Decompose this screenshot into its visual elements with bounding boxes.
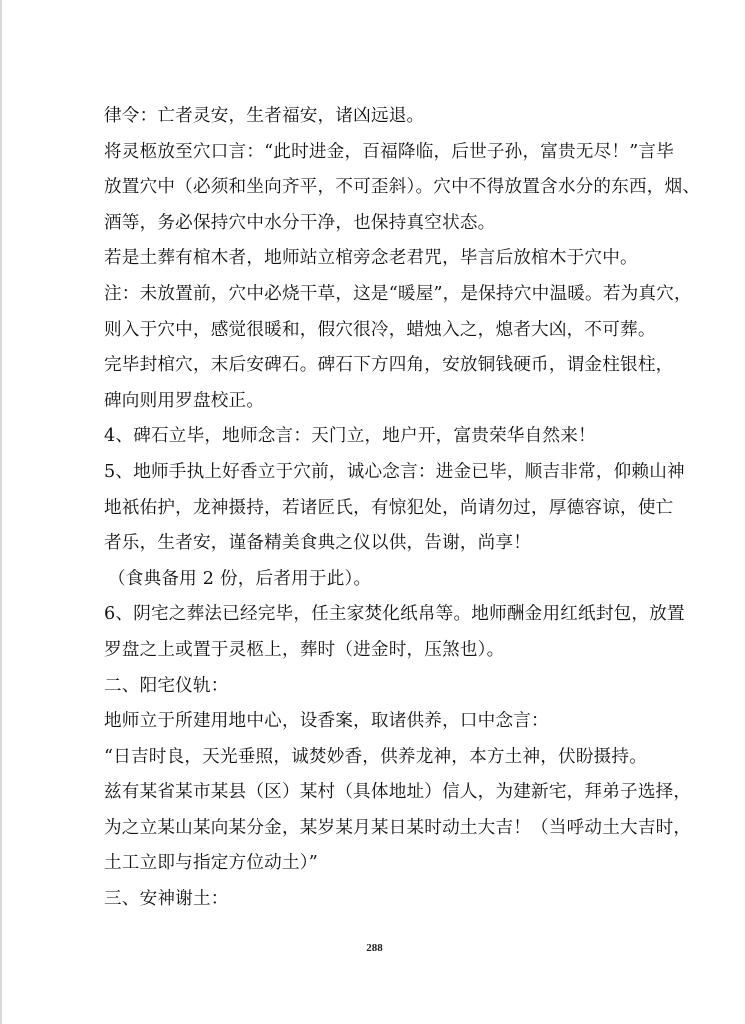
text-line: 注：未放置前，穴中必烧干草，这是“暖屋”，是保持穴中温暖。若为真穴， [104, 277, 664, 313]
text-line: 将灵柩放至穴口言：“此时进金，百福降临，后世子孙，富贵无尽！”言毕 [104, 135, 664, 171]
text-line: 则入于穴中，感觉很暖和，假穴很冷，蜡烛入之，熄者大凶，不可葬。 [104, 313, 664, 349]
text-line: 兹有某省某市某县（区）某村（具体地址）信人，为建新宅，拜弟子选择， [104, 775, 664, 811]
text-line: 地祇佑护，龙神摄持，若诸匠氏，有惊犯处，尚请勿过，厚德容谅，使亡 [104, 491, 664, 527]
text-line: 地师立于所建用地中心，设香案，取诸供养，口中念言： [104, 704, 664, 740]
text-line: 6、阴宅之葬法已经完毕，任主家焚化纸帛等。地师酬金用红纸封包，放置 [104, 597, 664, 633]
text-line: 碑向则用罗盘校正。 [104, 384, 664, 420]
text-line: 若是土葬有棺木者，地师站立棺旁念老君咒，毕言后放棺木于穴中。 [104, 241, 664, 277]
text-line-note: （食典备用 2 份，后者用于此）。 [104, 562, 664, 598]
document-page: 律令：亡者灵安，生者福安，诸凶远退。 将灵柩放至穴口言：“此时进金，百福降临，后… [0, 0, 745, 1024]
text-line: 完毕封棺穴，末后安碑石。碑石下方四角，安放铜钱硬币，谓金柱银柱， [104, 348, 664, 384]
body-text: 律令：亡者灵安，生者福安，诸凶远退。 将灵柩放至穴口言：“此时进金，百福降临，后… [104, 99, 664, 918]
text-line: 罗盘之上或置于灵柩上，葬时（进金时，压煞也）。 [104, 633, 664, 669]
text-line: 5、地师手执上好香立于穴前，诚心念言：进金已毕，顺吉非常，仰赖山神 [104, 455, 664, 491]
text-line: 者乐，生者安，谨备精美食典之仪以供，告谢，尚享！ [104, 526, 664, 562]
text-line: 律令：亡者灵安，生者福安，诸凶远退。 [104, 99, 664, 135]
text-line: 酒等，务必保持穴中水分干净，也保持真空状态。 [104, 206, 664, 242]
text-line: 土工立即与指定方位动土）” [104, 846, 664, 882]
text-line: 放置穴中（必须和坐向齐平，不可歪斜）。穴中不得放置含水分的东西，烟、 [104, 170, 664, 206]
page-number: 288 [2, 942, 745, 954]
section-heading: 三、安神谢土： [104, 882, 664, 918]
text-line: 为之立某山某向某分金，某岁某月某日某时动土大吉！（当呼动土大吉时， [104, 811, 664, 847]
section-heading: 二、阳宅仪轨： [104, 669, 664, 705]
text-line: “日吉时良，天光垂照，诚焚妙香，供养龙神，本方土神，伏盼摄持。 [104, 740, 664, 776]
text-line: 4、碑石立毕，地师念言：天门立，地户开，富贵荣华自然来！ [104, 419, 664, 455]
